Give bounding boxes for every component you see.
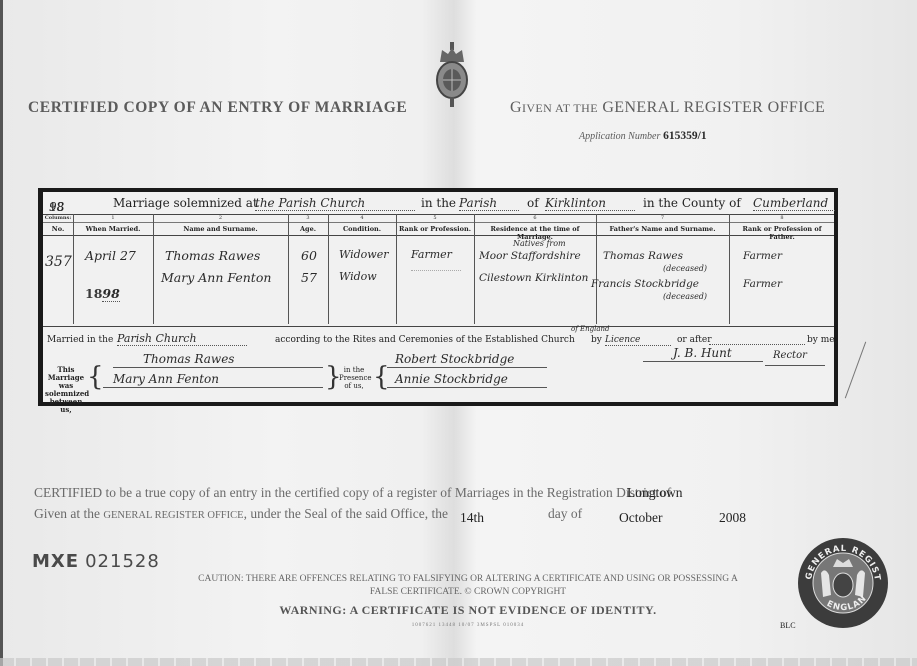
bride-father-profession: Farmer xyxy=(743,278,782,290)
column-divider xyxy=(396,214,397,324)
royal-crest-icon xyxy=(432,40,472,110)
title-office-name: GENERAL REGISTER OFFICE xyxy=(602,99,825,116)
seal-label: , under the Seal of the said Office, the xyxy=(244,506,448,521)
groom-age: 60 xyxy=(301,248,317,263)
groom-father-note: (deceased) xyxy=(663,264,707,273)
column-number: 5 xyxy=(396,215,474,221)
certificate-page: CERTIFIED COPY OF AN ENTRY OF MARRIAGE G… xyxy=(0,0,917,666)
columns-label: Columns: xyxy=(43,215,73,221)
column-number: 2 xyxy=(153,215,288,221)
serial-prefix: MXE xyxy=(32,551,79,572)
certification-year: 2008 xyxy=(719,510,746,526)
bride-profession xyxy=(411,270,461,271)
serial-number: 021528 xyxy=(85,551,160,572)
column-header: When Married. xyxy=(73,225,153,233)
column-number: 1 xyxy=(73,215,153,221)
register-heading: 1898. Marriage solemnized at the Parish … xyxy=(43,192,834,214)
column-number: 6 xyxy=(474,215,596,221)
application-number-value: 615359/1 xyxy=(663,130,706,142)
certification-day: 14th xyxy=(460,510,484,526)
identity-warning: WARNING: A CERTIFICATE IS NOT EVIDENCE O… xyxy=(168,603,768,618)
column-divider xyxy=(73,214,74,324)
given-at-label: Given at the xyxy=(34,506,100,521)
left-brace: { xyxy=(87,362,104,392)
by-label: by xyxy=(591,335,602,345)
day-of-label: day of xyxy=(548,506,582,522)
paper-crease xyxy=(845,342,866,399)
bride-age: 57 xyxy=(301,270,317,285)
column-divider xyxy=(288,214,289,324)
gro-smallcaps: General Register Office xyxy=(103,510,243,521)
residence-note: Natives from xyxy=(513,239,566,248)
year-handwritten: 98 xyxy=(49,200,64,215)
county-name: Cumberland xyxy=(753,196,835,211)
caution-line-2: FALSE CERTIFICATE. © CROWN COPYRIGHT xyxy=(168,586,768,599)
married-in-label: Married in the xyxy=(47,335,113,345)
application-number: Application Number 615359/1 xyxy=(579,130,707,142)
bride-name: Mary Ann Fenton xyxy=(161,270,271,285)
certification-month: October xyxy=(619,510,662,526)
entry-date-year: 1898 xyxy=(85,286,120,301)
column-divider xyxy=(153,214,154,324)
application-number-label: Application Number xyxy=(579,131,660,142)
column-header: Age. xyxy=(288,225,328,233)
column-numbers-row: Columns: 1 2 3 4 5 6 7 8 xyxy=(43,214,834,222)
column-divider xyxy=(328,214,329,324)
signatures-row: This Marriage was solemnized between us,… xyxy=(43,352,834,402)
groom-profession: Farmer xyxy=(411,248,452,261)
issuing-office-title: GIVEN AT THE GENERAL REGISTER OFFICE xyxy=(510,99,825,117)
register-year: 1898. xyxy=(49,196,53,210)
caution-notice: CAUTION: THERE ARE OFFENCES RELATING TO … xyxy=(168,573,768,599)
caution-line-1: CAUTION: THERE ARE OFFENCES RELATING TO … xyxy=(168,573,768,586)
or-after-label: or after xyxy=(677,335,712,345)
entry-date: April 27 xyxy=(85,248,136,263)
rites-handwritten: of England xyxy=(571,325,610,333)
column-header: Name and Surname. xyxy=(153,225,288,233)
column-number: 8 xyxy=(729,215,835,221)
bride-signature: Mary Ann Fenton xyxy=(103,372,323,388)
marriage-register-entry: 1898. Marriage solemnized at the Parish … xyxy=(38,188,838,406)
column-header: Rank or Profession of Father. xyxy=(729,225,835,241)
registration-district: Longtown xyxy=(627,485,683,501)
column-header: Rank or Profession. xyxy=(396,225,474,233)
entry-year-printed: 18 xyxy=(85,286,102,301)
clerk-initials: BLC xyxy=(780,621,796,630)
column-header: No. xyxy=(43,225,73,233)
by-licence: Licence xyxy=(605,335,671,346)
entry-year-handwritten: 98 xyxy=(102,286,119,302)
parish-name: Kirklinton xyxy=(545,196,635,211)
column-number: 4 xyxy=(328,215,396,221)
certification-text: CERTIFIED to be a true copy of an entry … xyxy=(34,485,671,500)
groom-residence: Moor Staffordshire xyxy=(479,250,581,262)
bride-condition: Widow xyxy=(339,270,377,283)
rites-label: according to the Rites and Ceremonies of… xyxy=(275,335,575,345)
column-number: 3 xyxy=(288,215,328,221)
scan-bottom-edge xyxy=(0,658,917,666)
in-the-label: in the xyxy=(421,196,456,210)
bride-father-name: Francis Stockbridge xyxy=(591,278,699,290)
groom-name: Thomas Rawes xyxy=(165,248,260,263)
solemnized-between-label: This Marriage was solemnized between us, xyxy=(45,366,87,414)
column-headers-row: No. When Married. Name and Surname. Age.… xyxy=(43,222,834,236)
print-code: 1007621 13448 10/07 3MSPSL 010034 xyxy=(168,623,768,628)
groom-signature: Thomas Rawes xyxy=(113,352,323,368)
officiant-signature: J. B. Hunt xyxy=(643,346,763,362)
presence-label: in the Presence of us, xyxy=(339,366,369,390)
column-header: Condition. xyxy=(328,225,396,233)
groom-father-profession: Farmer xyxy=(743,250,782,262)
column-number: 7 xyxy=(596,215,729,221)
title-prefix-initial: G xyxy=(510,99,522,116)
certification-line-2: Given at the General Register Office, un… xyxy=(34,506,448,522)
bride-residence: Cilestown Kirklinton xyxy=(479,272,588,284)
groom-condition: Widower xyxy=(339,248,388,261)
groom-father-name: Thomas Rawes xyxy=(603,250,683,262)
entry-number: 357 xyxy=(45,254,72,270)
solemnized-place: the Parish Church xyxy=(255,196,415,211)
or-after-blank xyxy=(709,335,805,345)
witness-2-signature: Annie Stockbridge xyxy=(387,372,547,388)
column-header: Father's Name and Surname. xyxy=(596,225,729,233)
title-prefix-smallcaps: IVEN AT THE xyxy=(522,101,598,115)
general-register-office-seal-icon: GENERAL REGISTER OFFICE ENGLAND xyxy=(797,537,889,629)
married-in-place: Parish Church xyxy=(117,332,247,346)
bride-father-note: (deceased) xyxy=(663,292,707,301)
certificate-title: CERTIFIED COPY OF AN ENTRY OF MARRIAGE xyxy=(28,99,407,117)
solemnized-label: Marriage solemnized at xyxy=(113,196,258,210)
scan-edge xyxy=(0,0,3,666)
witness-1-signature: Robert Stockbridge xyxy=(387,352,547,368)
officiant-title: Rector xyxy=(765,350,825,366)
column-divider xyxy=(474,214,475,324)
column-divider xyxy=(729,214,730,324)
by-me-label: by me, xyxy=(807,335,837,345)
county-label: in the County of xyxy=(643,196,741,210)
column-divider xyxy=(596,214,597,324)
certificate-serial: MXE021528 xyxy=(32,551,160,572)
of-label: of xyxy=(527,196,539,210)
certification-line-1: CERTIFIED to be a true copy of an entry … xyxy=(34,485,671,501)
parish-kind: Parish xyxy=(459,196,519,211)
